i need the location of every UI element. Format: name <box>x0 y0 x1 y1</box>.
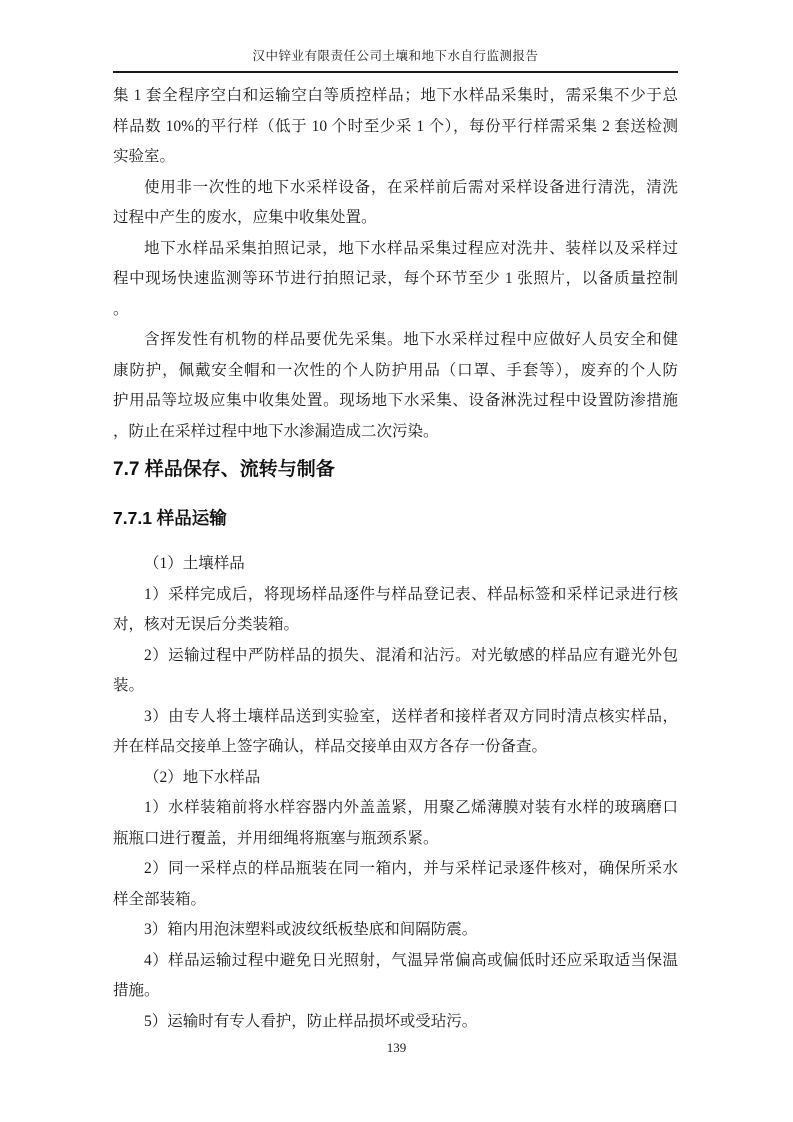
text-line: 并在样品交接单上签字确认，样品交接单由双方各存一份备查。 <box>113 732 678 763</box>
page-number: 139 <box>387 1040 407 1055</box>
text-line: 集 1 套全程序空白和运输空白等质控样品；地下水样品采集时，需采集不少于总 <box>113 81 678 112</box>
text-line: 过程中产生的废水，应集中收集处置。 <box>113 203 678 234</box>
text-line: 装。 <box>113 671 678 702</box>
paragraph: 4）样品运输过程中避免日光照射，气温异常偏高或偏低时还应采取适当保温措施。 <box>113 946 678 1007</box>
text-line: 2）同一采样点的样品瓶装在同一箱内，并与采样记录逐件核对，确保所采水 <box>113 854 678 885</box>
text-line: 样全部装箱。 <box>113 885 678 916</box>
paragraph: 含挥发性有机物的样品要优先采集。地下水采样过程中应做好人员安全和健康防护，佩戴安… <box>113 325 678 447</box>
text-line: 瓶瓶口进行覆盖，并用细绳将瓶塞与瓶颈系紧。 <box>113 824 678 855</box>
text-line: 1）采样完成后，将现场样品逐件与样品登记表、样品标签和采样记录进行核 <box>113 580 678 611</box>
text-line: 2）运输过程中严防样品的损失、混淆和沾污。对光敏感的样品应有避光外包 <box>113 641 678 672</box>
paragraph: 1）采样完成后，将现场样品逐件与样品登记表、样品标签和采样记录进行核对，核对无误… <box>113 580 678 641</box>
paragraph: 3）箱内用泡沫塑料或波纹纸板垫底和间隔防震。 <box>113 915 678 946</box>
text-line: 1）水样装箱前将水样容器内外盖盖紧，用聚乙烯薄膜对装有水样的玻璃磨口 <box>113 793 678 824</box>
paragraph: 集 1 套全程序空白和运输空白等质控样品；地下水样品采集时，需采集不少于总样品数… <box>113 81 678 173</box>
subsection-heading: 7.7.1 样品运输 <box>113 501 678 535</box>
document-page: 汉中锌业有限责任公司土壤和地下水自行监测报告 集 1 套全程序空白和运输空白等质… <box>0 0 793 1122</box>
text-line: 实验室。 <box>113 142 678 173</box>
page-header: 汉中锌业有限责任公司土壤和地下水自行监测报告 <box>113 0 678 73</box>
text-line: （1）土壤样品 <box>113 549 678 580</box>
text-line: 对，核对无误后分类装箱。 <box>113 610 678 641</box>
paragraph: 2）运输过程中严防样品的损失、混淆和沾污。对光敏感的样品应有避光外包装。 <box>113 641 678 702</box>
paragraph: 2）同一采样点的样品瓶装在同一箱内，并与采样记录逐件核对，确保所采水样全部装箱。 <box>113 854 678 915</box>
section-heading: 7.7 样品保存、流转与制备 <box>113 452 678 488</box>
text-line: 样品数 10%的平行样（低于 10 个时至少采 1 个），每份平行样需采集 2 … <box>113 112 678 143</box>
text-line: 程中现场快速监测等环节进行拍照记录，每个环节至少 1 张照片，以备质量控制 <box>113 264 678 295</box>
paragraph: 5）运输时有专人看护，防止样品损坏或受玷污。 <box>113 1007 678 1038</box>
page-footer: 139 <box>0 1038 793 1058</box>
text-line: 3）箱内用泡沫塑料或波纹纸板垫底和间隔防震。 <box>113 915 678 946</box>
text-line: 地下水样品采集拍照记录，地下水样品采集过程应对洗井、装样以及采样过 <box>113 234 678 265</box>
text-line: 。 <box>113 295 678 326</box>
running-header-title: 汉中锌业有限责任公司土壤和地下水自行监测报告 <box>113 0 678 66</box>
text-line: 3）由专人将土壤样品送到实验室，送样者和接样者双方同时清点核实样品， <box>113 702 678 733</box>
text-line: ，防止在采样过程中地下水渗漏造成二次污染。 <box>113 417 678 448</box>
paragraph: 使用非一次性的地下水采样设备，在采样前后需对采样设备进行清洗，清洗过程中产生的废… <box>113 173 678 234</box>
text-line: 护用品等垃圾应集中收集处置。现场地下水采集、设备淋洗过程中设置防渗措施 <box>113 386 678 417</box>
paragraph: （1）土壤样品 <box>113 549 678 580</box>
text-line: （2）地下水样品 <box>113 763 678 794</box>
paragraph: 地下水样品采集拍照记录，地下水样品采集过程应对洗井、装样以及采样过程中现场快速监… <box>113 234 678 326</box>
document-body: 集 1 套全程序空白和运输空白等质控样品；地下水样品采集时，需采集不少于总样品数… <box>113 81 678 1037</box>
paragraph: 1）水样装箱前将水样容器内外盖盖紧，用聚乙烯薄膜对装有水样的玻璃磨口瓶瓶口进行覆… <box>113 793 678 854</box>
text-line: 康防护，佩戴安全帽和一次性的个人防护用品（口罩、手套等），废弃的个人防 <box>113 356 678 387</box>
text-line: 含挥发性有机物的样品要优先采集。地下水采样过程中应做好人员安全和健 <box>113 325 678 356</box>
text-line: 4）样品运输过程中避免日光照射，气温异常偏高或偏低时还应采取适当保温 <box>113 946 678 977</box>
paragraph: （2）地下水样品 <box>113 763 678 794</box>
text-line: 5）运输时有专人看护，防止样品损坏或受玷污。 <box>113 1007 678 1038</box>
paragraph: 3）由专人将土壤样品送到实验室，送样者和接样者双方同时清点核实样品，并在样品交接… <box>113 702 678 763</box>
text-line: 使用非一次性的地下水采样设备，在采样前后需对采样设备进行清洗，清洗 <box>113 173 678 204</box>
text-line: 措施。 <box>113 976 678 1007</box>
